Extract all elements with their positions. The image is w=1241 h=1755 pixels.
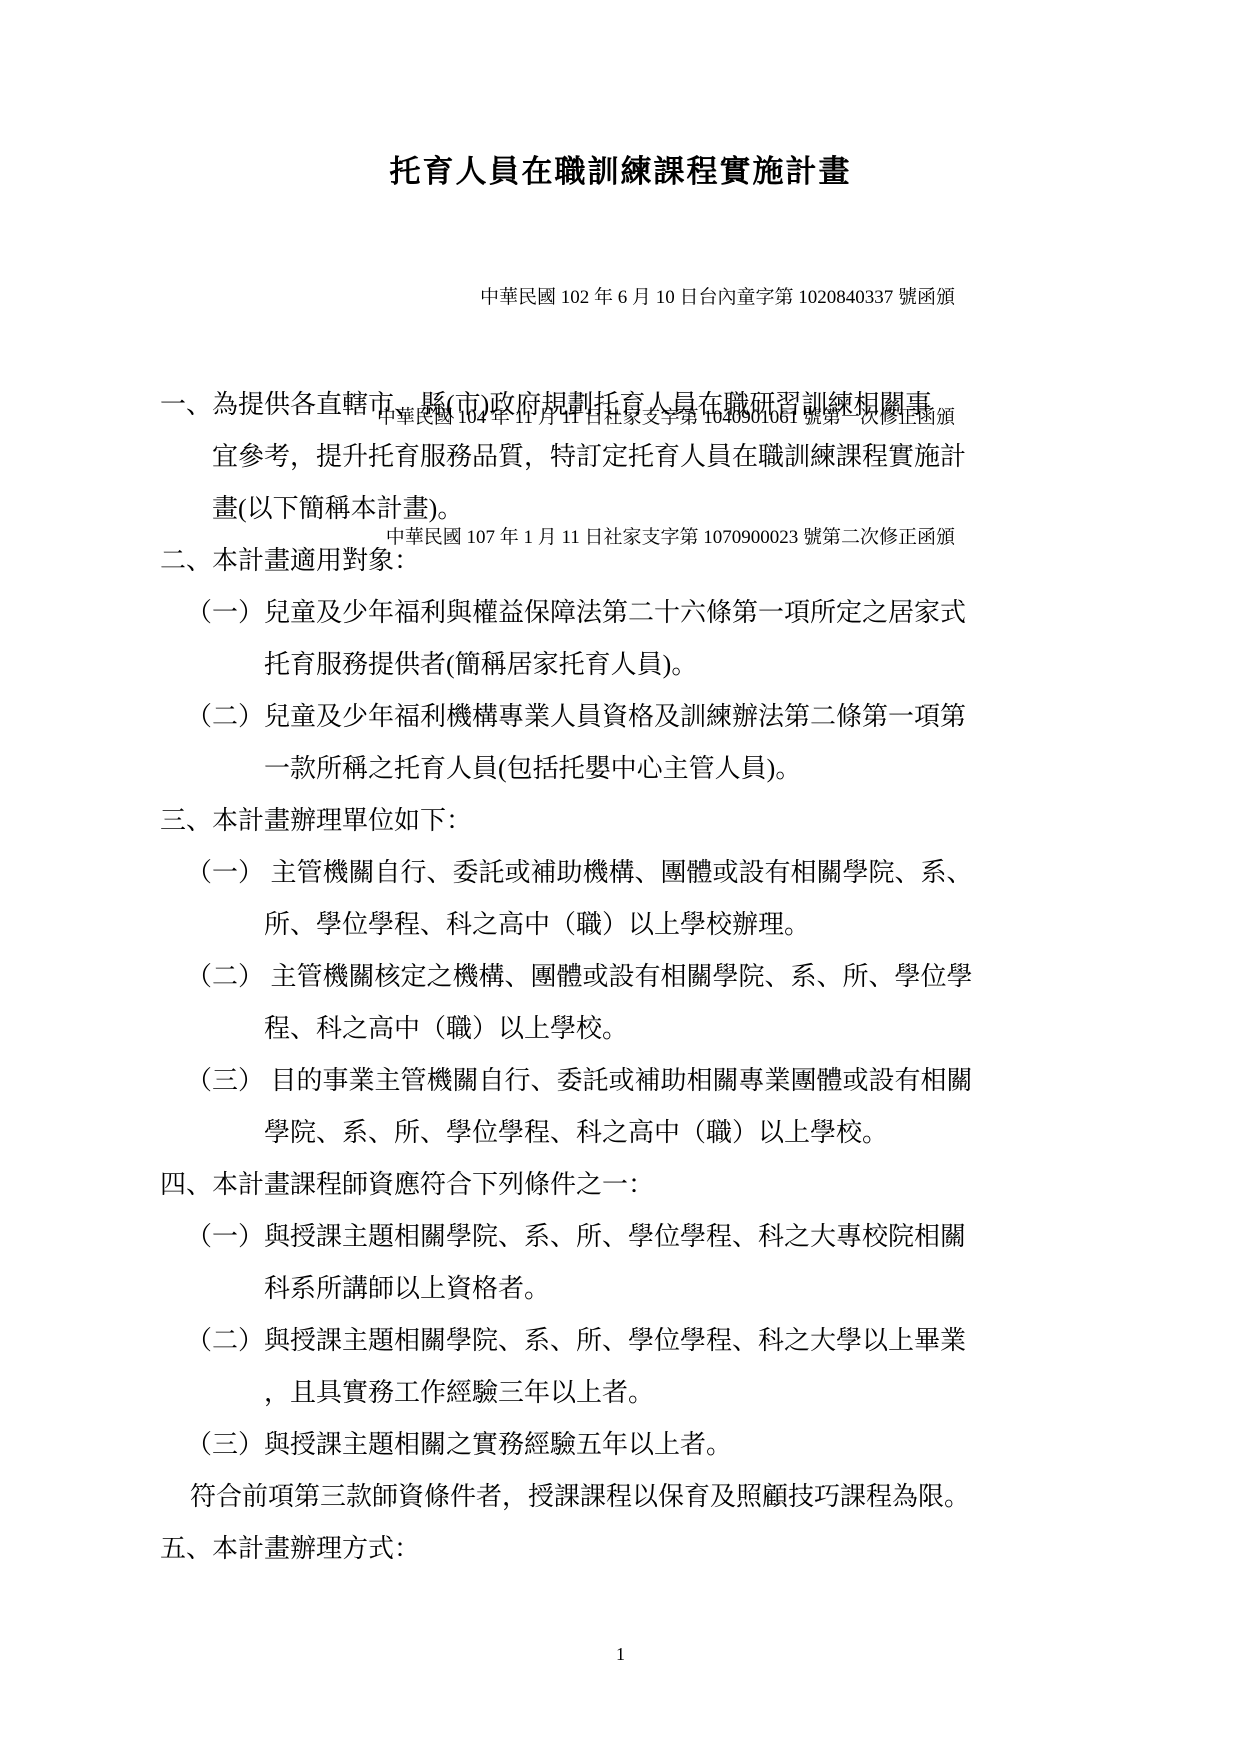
document-body: 一、為提供各直轄市、縣(市)政府規劃托育人員在職研習訓練相關事宜參考，提升托育服…	[160, 379, 1020, 1575]
body-line: 所、學位學程、科之高中（職）以上學校辦理。	[264, 899, 1020, 951]
body-line: 三、本計畫辦理單位如下：	[160, 795, 1020, 847]
body-line: （三） 目的事業主管機關自行、委託或補助相關專業團體或設有相關	[186, 1055, 1020, 1107]
document-title: 托育人員在職訓練課程實施計畫	[0, 150, 1241, 194]
body-line: 程、科之高中（職）以上學校。	[264, 1003, 1020, 1055]
amendment-line-1: 中華民國 102 年 6 月 10 日台內童字第 1020840337 號函頒	[377, 278, 955, 318]
body-line: （二）與授課主題相關學院、系、所、學位學程、科之大學以上畢業	[186, 1315, 1020, 1367]
body-line: （三）與授課主題相關之實務經驗五年以上者。	[186, 1419, 1020, 1471]
body-line: （一）與授課主題相關學院、系、所、學位學程、科之大專校院相關	[186, 1211, 1020, 1263]
body-line: ，且具實務工作經驗三年以上者。	[264, 1367, 1020, 1419]
body-line: 符合前項第三款師資條件者，授課課程以保育及照顧技巧課程為限。	[190, 1471, 1020, 1523]
body-line: 托育服務提供者(簡稱居家托育人員)。	[264, 639, 1020, 691]
body-line: 學院、系、所、學位學程、科之高中（職）以上學校。	[264, 1107, 1020, 1159]
body-line: 畫(以下簡稱本計畫)。	[212, 483, 1020, 535]
document-page: 托育人員在職訓練課程實施計畫 中華民國 102 年 6 月 10 日台內童字第 …	[0, 0, 1241, 1755]
body-line: 四、本計畫課程師資應符合下列條件之一：	[160, 1159, 1020, 1211]
body-line: （二）兒童及少年福利機構專業人員資格及訓練辦法第二條第一項第	[186, 691, 1020, 743]
body-line: （二） 主管機關核定之機構、團體或設有相關學院、系、所、學位學	[186, 951, 1020, 1003]
body-line: 一款所稱之托育人員(包括托嬰中心主管人員)。	[264, 743, 1020, 795]
body-line: 二、本計畫適用對象：	[160, 535, 1020, 587]
body-line: （一）兒童及少年福利與權益保障法第二十六條第一項所定之居家式	[186, 587, 1020, 639]
page-number: 1	[0, 1642, 1241, 1666]
body-line: （一） 主管機關自行、委託或補助機構、團體或設有相關學院、系、	[186, 847, 1020, 899]
body-line: 一、為提供各直轄市、縣(市)政府規劃托育人員在職研習訓練相關事	[160, 379, 1020, 431]
body-line: 宜參考，提升托育服務品質，特訂定托育人員在職訓練課程實施計	[212, 431, 1020, 483]
body-line: 科系所講師以上資格者。	[264, 1263, 1020, 1315]
body-line: 五、本計畫辦理方式：	[160, 1523, 1020, 1575]
